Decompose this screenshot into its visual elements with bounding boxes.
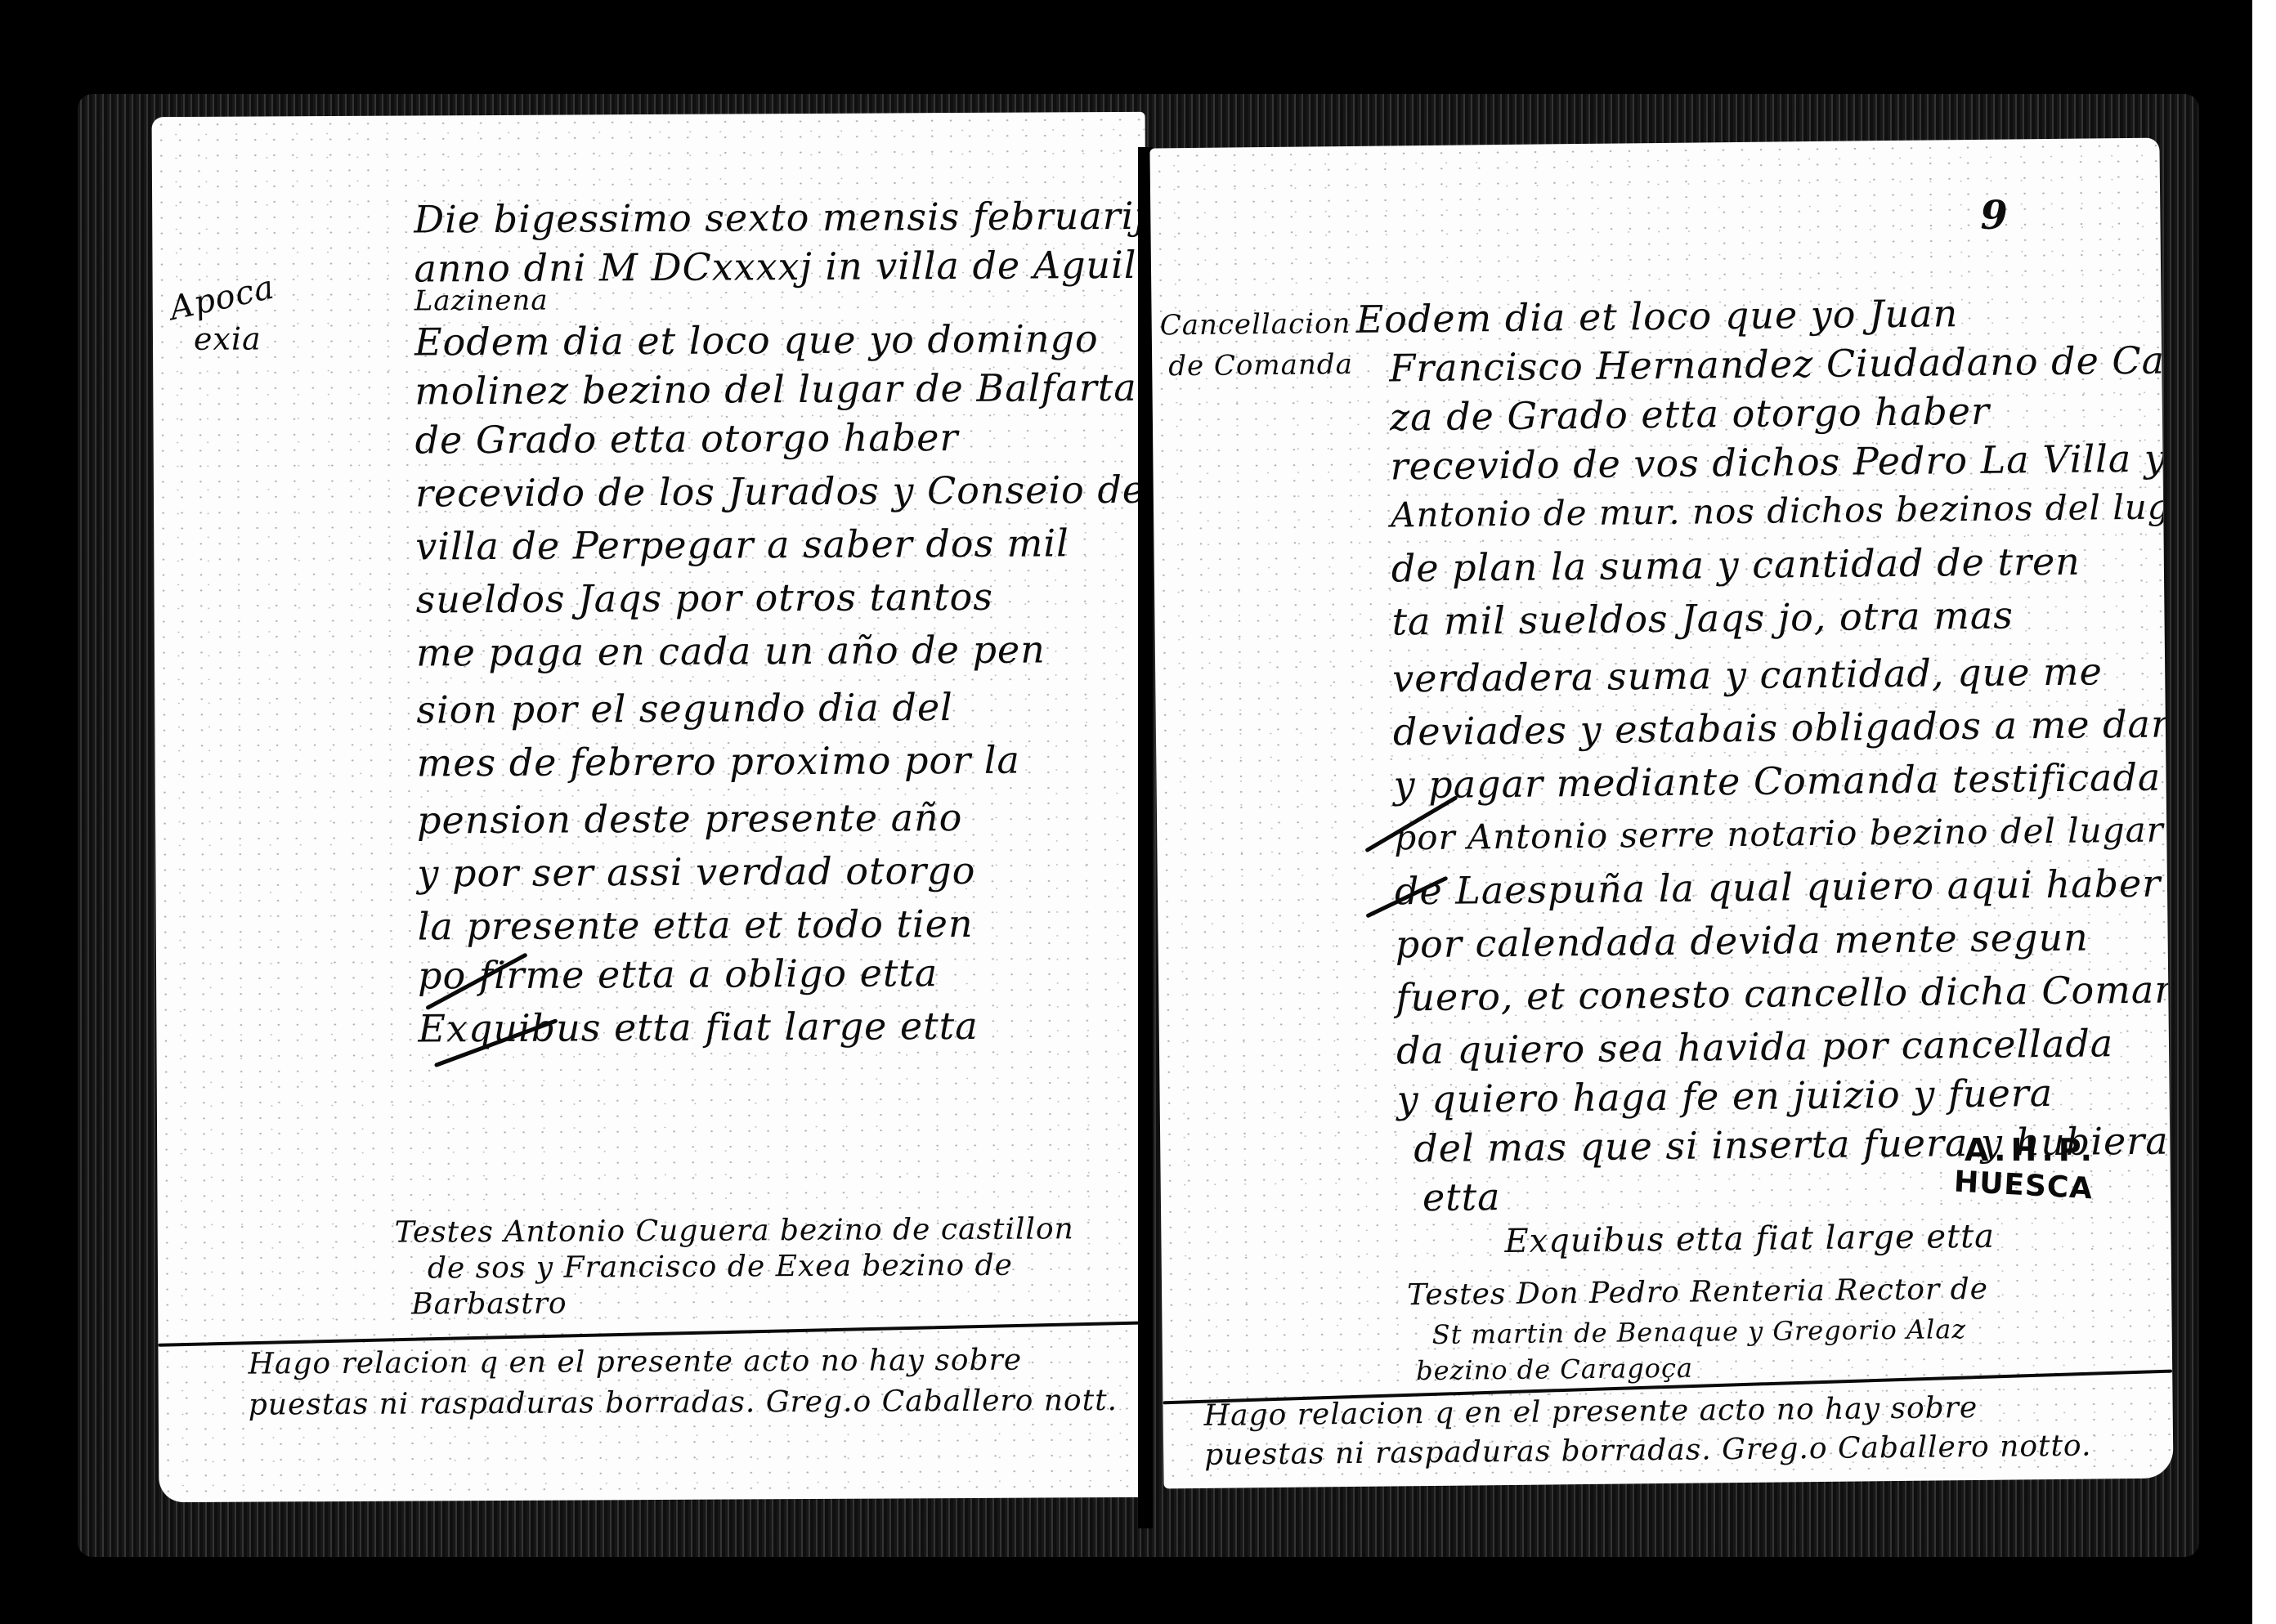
body-line: pension deste presente año xyxy=(417,791,963,846)
closing-formula: Exquibus etta fiat large etta xyxy=(1504,1219,1995,1259)
body-line: por calendada devida mente segun xyxy=(1395,911,2089,971)
witness-line: de sos y Francisco de Exea bezino de xyxy=(428,1248,1013,1287)
body-line: de plan la suma y cantidad de tren xyxy=(1391,535,2081,595)
body-line: recevido de los Jurados y Conseio de la xyxy=(415,463,1153,520)
body-line: Exquibus etta fiat large etta xyxy=(418,1000,978,1055)
body-line: po firme etta a obligo etta xyxy=(418,946,939,1001)
stamp-line-1: A.H.P. xyxy=(1965,1132,2097,1168)
stamp-line-2: HUESCA xyxy=(1949,1164,2098,1207)
body-line: deviades y estabais obligados a me dar xyxy=(1393,697,2171,758)
body-line: mes de febrero proximo por la xyxy=(417,734,1021,790)
body-line: Francisco Hernandez Ciudadano de Caragoç… xyxy=(1389,333,2174,395)
certification-line: Hago relacion q en el presente acto no h… xyxy=(1203,1390,1978,1434)
body-line: sion por el segundo dia del xyxy=(416,681,953,736)
body-line: verdadera suma y cantidad, que me xyxy=(1392,645,2103,705)
body-line: por Antonio serre notario bezino del lug… xyxy=(1394,804,2164,865)
body-line: de Laespuña la qual quiero aqui haber xyxy=(1395,857,2162,918)
body-line: Die bigessimo sexto mensis februarij xyxy=(414,190,1147,246)
certification-line: Hago relacion q en el presente acto no h… xyxy=(248,1343,1022,1383)
body-line: y pagar mediante Comanda testificada xyxy=(1393,751,2161,812)
witness-line: bezino de Caragoça xyxy=(1416,1350,1693,1389)
book-gutter xyxy=(1138,147,1153,1528)
certification-line: puestas ni raspaduras borradas. Greg.o C… xyxy=(249,1383,1118,1424)
margin-note-line: de Comanda xyxy=(1168,347,1353,384)
body-line: me paga en cada un año de pen xyxy=(416,623,1046,678)
body-line: y por ser assi verdad otorgo xyxy=(417,844,975,900)
body-line: Eodem dia et loco que yo domingo xyxy=(414,312,1099,368)
body-line: sueldos Jaqs por otros tantos xyxy=(415,570,993,626)
body-line: la presente etta et todo tien xyxy=(418,897,974,953)
body-line: Antonio de mur. nos dichos bezinos del l… xyxy=(1391,481,2174,541)
witness-line: Testes Antonio Cuguera bezino de castill… xyxy=(395,1211,1074,1250)
body-line: de Grado etta otorgo haber xyxy=(414,411,958,466)
certification-line: puestas ni raspaduras borradas. Greg.o C… xyxy=(1204,1429,2092,1474)
margin-note-line: Cancellacion xyxy=(1159,306,1351,343)
witness-line: St martin de Benaque y Gregorio Alaz xyxy=(1431,1311,1966,1353)
scan-margin-strip xyxy=(2252,0,2276,1624)
body-line: etta xyxy=(1422,1170,1501,1224)
witness-line: Testes Don Pedro Renteria Rector de xyxy=(1407,1272,1988,1313)
right-page: 9 Cancellacion de Comanda Eodem dia et l… xyxy=(1149,138,2173,1489)
page-number: 9 xyxy=(1980,193,2008,239)
archive-stamp: A.H.P. HUESCA xyxy=(1950,1132,2097,1204)
margin-note-line: Apoca xyxy=(167,269,278,327)
body-line: villa de Perpegar a saber dos mil xyxy=(415,517,1069,572)
body-line: molinez bezino del lugar de Balfarta xyxy=(414,361,1137,418)
body-line: ta mil sueldos Jaqs jo, otra mas xyxy=(1391,588,2014,647)
left-page: Apoca exia Die bigessimo sexto mensis fe… xyxy=(152,112,1153,1502)
witness-line: Barbastro xyxy=(411,1286,567,1323)
margin-note-line: exia xyxy=(194,320,262,356)
body-line: fuero, et conesto cancello dicha Coman xyxy=(1396,963,2174,1023)
